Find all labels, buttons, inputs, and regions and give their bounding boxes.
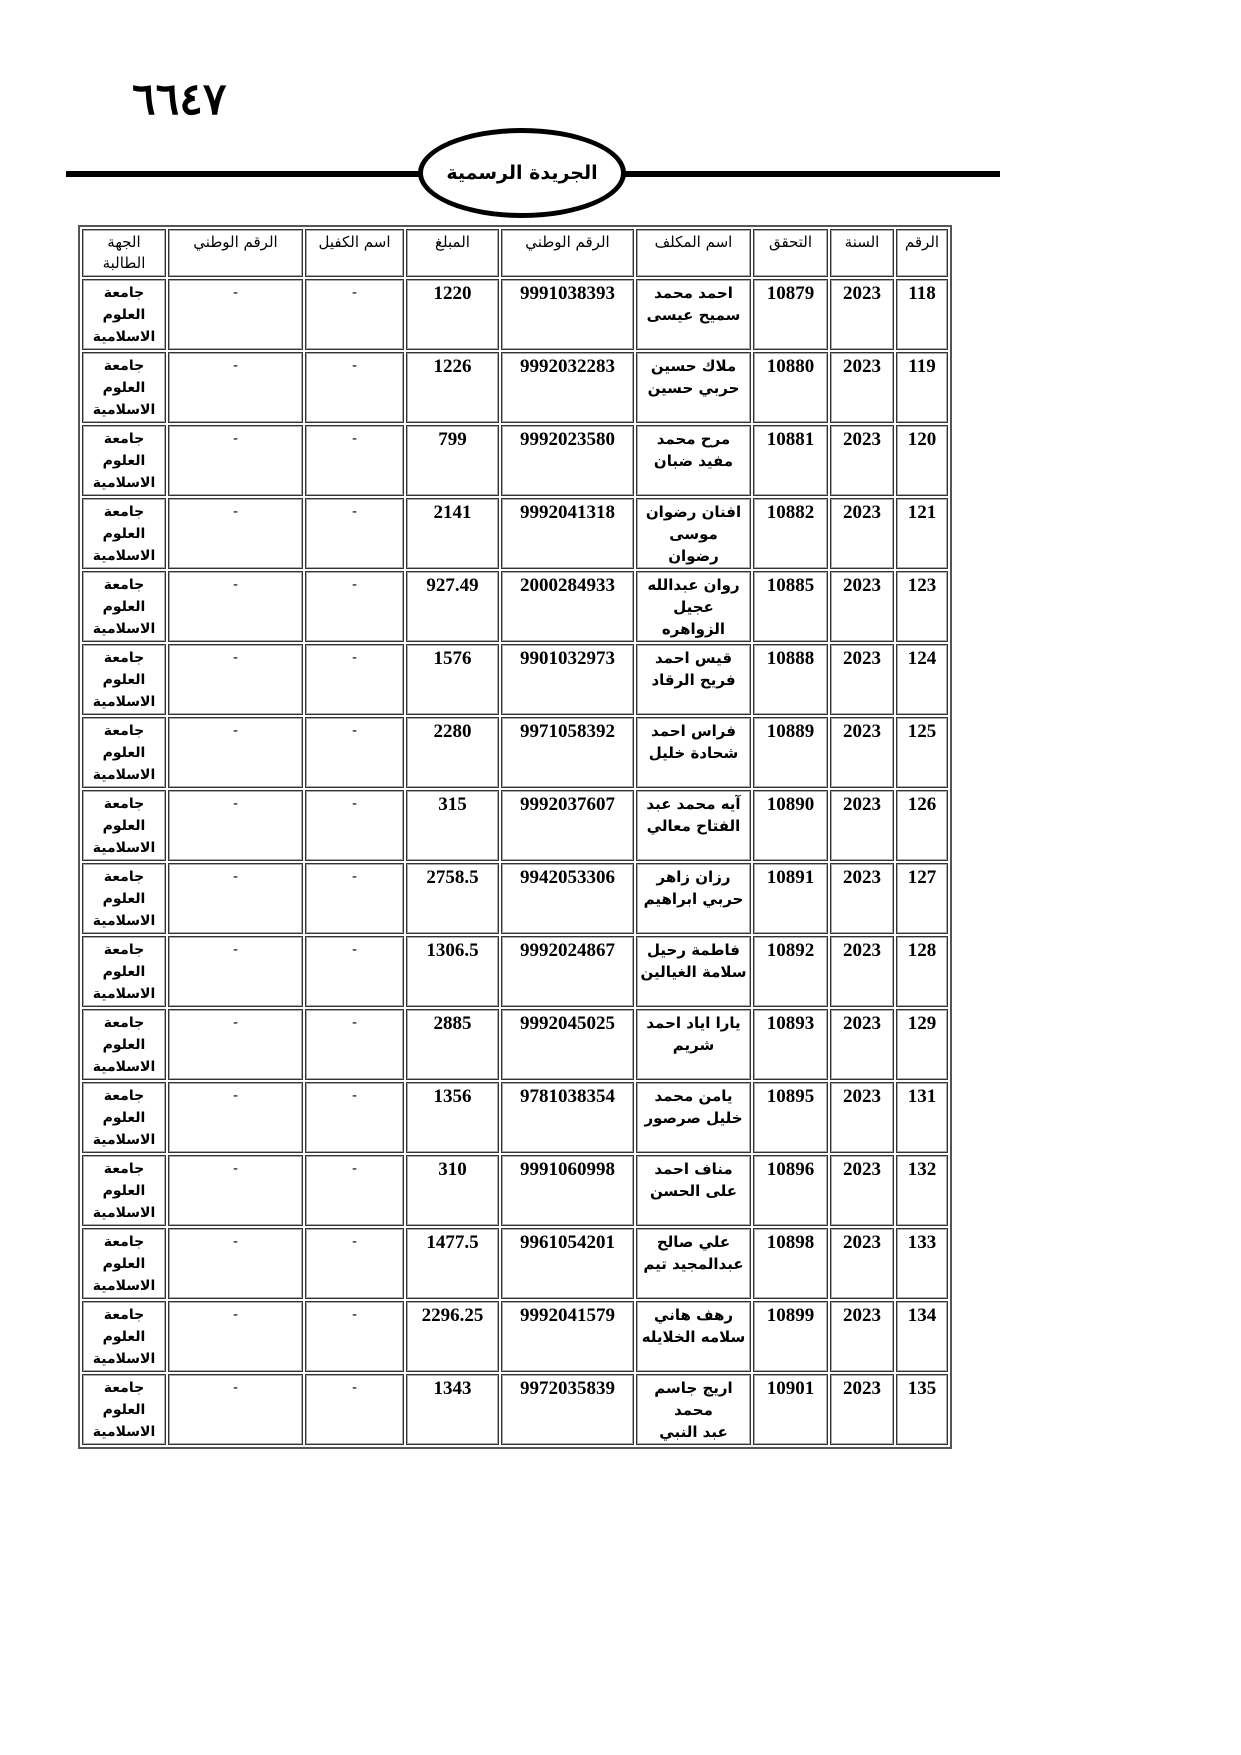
table-row: جامعة العلوم الاسلامية - - 2885 99920450… — [82, 1009, 948, 1080]
cell-guarantor-name: - — [305, 571, 404, 642]
cell-verification: 10892 — [753, 936, 828, 1007]
table-row: جامعة العلوم الاسلامية - - 2141 99920413… — [82, 498, 948, 569]
cell-verification: 10895 — [753, 1082, 828, 1153]
cell-amount: 1343 — [406, 1374, 499, 1445]
cell-obligor-name: مرح محمد مفيد ضبان — [636, 425, 751, 496]
cell-obligor-name: يامن محمد خليل صرصور — [636, 1082, 751, 1153]
cell-national-id: 9961054201 — [501, 1228, 634, 1299]
cell-national-id: 9942053306 — [501, 863, 634, 934]
cell-obligor-name: اريج جاسم محمد عبد النبي — [636, 1374, 751, 1445]
cell-requesting-party: جامعة العلوم الاسلامية — [82, 1009, 166, 1080]
table-row: جامعة العلوم الاسلامية - - 1356 97810383… — [82, 1082, 948, 1153]
table-row: جامعة العلوم الاسلامية - - 1226 99920322… — [82, 352, 948, 423]
cell-guarantor-name: - — [305, 1009, 404, 1080]
cell-national-id: 9991038393 — [501, 279, 634, 350]
table-row: جامعة العلوم الاسلامية - - 1477.5 996105… — [82, 1228, 948, 1299]
cell-guarantor-name: - — [305, 1155, 404, 1226]
table-row: جامعة العلوم الاسلامية - - 1220 99910383… — [82, 279, 948, 350]
header-number: الرقم — [896, 229, 948, 277]
cell-verification: 10901 — [753, 1374, 828, 1445]
table-row: جامعة العلوم الاسلامية - - 1343 99720358… — [82, 1374, 948, 1445]
cell-obligor-name: قيس احمد فريح الرقاد — [636, 644, 751, 715]
cell-guarantor-name: - — [305, 279, 404, 350]
table-row: جامعة العلوم الاسلامية - - 2758.5 994205… — [82, 863, 948, 934]
table-row: جامعة العلوم الاسلامية - - 1306.5 999202… — [82, 936, 948, 1007]
gazette-title-oval: الجريدة الرسمية — [418, 128, 626, 218]
gazette-title: الجريدة الرسمية — [446, 162, 597, 184]
cell-guarantor-name: - — [305, 498, 404, 569]
cell-amount: 2758.5 — [406, 863, 499, 934]
cell-amount: 2296.25 — [406, 1301, 499, 1372]
cell-requesting-party: جامعة العلوم الاسلامية — [82, 863, 166, 934]
cell-year: 2023 — [830, 1374, 894, 1445]
cell-guarantor-national-id: - — [168, 498, 303, 569]
cell-year: 2023 — [830, 863, 894, 934]
header-obligor-name: اسم المكلف — [636, 229, 751, 277]
header-rule-right — [624, 171, 1000, 177]
cell-national-id: 2000284933 — [501, 571, 634, 642]
cell-guarantor-national-id: - — [168, 279, 303, 350]
cell-guarantor-name: - — [305, 425, 404, 496]
cell-national-id: 9992037607 — [501, 790, 634, 861]
cell-amount: 927.49 — [406, 571, 499, 642]
header-verification: التحقق — [753, 229, 828, 277]
cell-guarantor-name: - — [305, 1082, 404, 1153]
cell-requesting-party: جامعة العلوم الاسلامية — [82, 644, 166, 715]
cell-guarantor-name: - — [305, 1374, 404, 1445]
cell-requesting-party: جامعة العلوم الاسلامية — [82, 936, 166, 1007]
cell-verification: 10890 — [753, 790, 828, 861]
cell-requesting-party: جامعة العلوم الاسلامية — [82, 1155, 166, 1226]
cell-obligor-name: افنان رضوان موسى رضوان — [636, 498, 751, 569]
header-rule-left — [66, 171, 426, 177]
cell-guarantor-national-id: - — [168, 1301, 303, 1372]
table-row: جامعة العلوم الاسلامية - - 1576 99010329… — [82, 644, 948, 715]
cell-requesting-party: جامعة العلوم الاسلامية — [82, 1374, 166, 1445]
cell-year: 2023 — [830, 717, 894, 788]
cell-number: 120 — [896, 425, 948, 496]
cell-guarantor-national-id: - — [168, 1374, 303, 1445]
cell-guarantor-national-id: - — [168, 717, 303, 788]
cell-guarantor-national-id: - — [168, 1228, 303, 1299]
cell-year: 2023 — [830, 352, 894, 423]
cell-verification: 10879 — [753, 279, 828, 350]
cell-national-id: 9781038354 — [501, 1082, 634, 1153]
cell-national-id: 9991060998 — [501, 1155, 634, 1226]
cell-amount: 2280 — [406, 717, 499, 788]
cell-national-id: 9992041318 — [501, 498, 634, 569]
table-row: جامعة العلوم الاسلامية - - 2296.25 99920… — [82, 1301, 948, 1372]
cell-verification: 10899 — [753, 1301, 828, 1372]
cell-verification: 10888 — [753, 644, 828, 715]
cell-guarantor-national-id: - — [168, 425, 303, 496]
cell-requesting-party: جامعة العلوم الاسلامية — [82, 1082, 166, 1153]
cell-amount: 1306.5 — [406, 936, 499, 1007]
cell-obligor-name: فراس احمد شحادة خليل — [636, 717, 751, 788]
cell-year: 2023 — [830, 1082, 894, 1153]
cell-amount: 2141 — [406, 498, 499, 569]
cell-year: 2023 — [830, 644, 894, 715]
table-header-row: الجهة الطالبة الرقم الوطني اسم الكفيل ال… — [82, 229, 948, 277]
cell-national-id: 9992032283 — [501, 352, 634, 423]
cell-number: 133 — [896, 1228, 948, 1299]
cell-year: 2023 — [830, 571, 894, 642]
cell-guarantor-national-id: - — [168, 1009, 303, 1080]
cell-number: 135 — [896, 1374, 948, 1445]
cell-year: 2023 — [830, 1155, 894, 1226]
cell-guarantor-national-id: - — [168, 863, 303, 934]
table-row: جامعة العلوم الاسلامية - - 799 999202358… — [82, 425, 948, 496]
cell-year: 2023 — [830, 279, 894, 350]
cell-guarantor-national-id: - — [168, 1082, 303, 1153]
header-national-id: الرقم الوطني — [501, 229, 634, 277]
page-number: ٦٦٤٧ — [132, 78, 227, 122]
cell-guarantor-name: - — [305, 790, 404, 861]
cell-guarantor-national-id: - — [168, 571, 303, 642]
cell-national-id: 9972035839 — [501, 1374, 634, 1445]
cell-number: 119 — [896, 352, 948, 423]
cell-obligor-name: آيه محمد عبد الفتاح معالي — [636, 790, 751, 861]
cell-verification: 10898 — [753, 1228, 828, 1299]
cell-obligor-name: علي صالح عبدالمجيد تيم — [636, 1228, 751, 1299]
cell-number: 128 — [896, 936, 948, 1007]
cell-number: 127 — [896, 863, 948, 934]
cell-guarantor-name: - — [305, 1228, 404, 1299]
table-row: جامعة العلوم الاسلامية - - 927.49 200028… — [82, 571, 948, 642]
cell-guarantor-name: - — [305, 936, 404, 1007]
cell-amount: 1576 — [406, 644, 499, 715]
cell-national-id: 9992023580 — [501, 425, 634, 496]
cell-number: 131 — [896, 1082, 948, 1153]
cell-national-id: 9992045025 — [501, 1009, 634, 1080]
table-row: جامعة العلوم الاسلامية - - 315 999203760… — [82, 790, 948, 861]
table-body: جامعة العلوم الاسلامية - - 1220 99910383… — [82, 279, 948, 1445]
cell-requesting-party: جامعة العلوم الاسلامية — [82, 1301, 166, 1372]
cell-verification: 10896 — [753, 1155, 828, 1226]
cell-verification: 10881 — [753, 425, 828, 496]
cell-obligor-name: ملاك حسين حربي حسين — [636, 352, 751, 423]
cell-requesting-party: جامعة العلوم الاسلامية — [82, 279, 166, 350]
table-row: جامعة العلوم الاسلامية - - 2280 99710583… — [82, 717, 948, 788]
cell-verification: 10882 — [753, 498, 828, 569]
header-amount: المبلغ — [406, 229, 499, 277]
cell-year: 2023 — [830, 498, 894, 569]
cell-guarantor-national-id: - — [168, 790, 303, 861]
cell-amount: 1226 — [406, 352, 499, 423]
cell-requesting-party: جامعة العلوم الاسلامية — [82, 571, 166, 642]
header-requesting-party: الجهة الطالبة — [82, 229, 166, 277]
cell-amount: 1220 — [406, 279, 499, 350]
cell-obligor-name: مناف احمد على الحسن — [636, 1155, 751, 1226]
cell-requesting-party: جامعة العلوم الاسلامية — [82, 498, 166, 569]
cell-year: 2023 — [830, 1228, 894, 1299]
cell-amount: 1356 — [406, 1082, 499, 1153]
cell-requesting-party: جامعة العلوم الاسلامية — [82, 717, 166, 788]
header-year: السنة — [830, 229, 894, 277]
cell-number: 129 — [896, 1009, 948, 1080]
cell-national-id: 9992024867 — [501, 936, 634, 1007]
cell-guarantor-name: - — [305, 352, 404, 423]
cell-number: 121 — [896, 498, 948, 569]
header-guarantor-name: اسم الكفيل — [305, 229, 404, 277]
cell-verification: 10885 — [753, 571, 828, 642]
cell-number: 134 — [896, 1301, 948, 1372]
cell-requesting-party: جامعة العلوم الاسلامية — [82, 790, 166, 861]
header-guarantor-national-id: الرقم الوطني — [168, 229, 303, 277]
cell-verification: 10893 — [753, 1009, 828, 1080]
cell-number: 132 — [896, 1155, 948, 1226]
cell-verification: 10880 — [753, 352, 828, 423]
cell-amount: 310 — [406, 1155, 499, 1226]
cell-obligor-name: يارا اياد احمد شريم — [636, 1009, 751, 1080]
cell-guarantor-name: - — [305, 863, 404, 934]
cell-year: 2023 — [830, 425, 894, 496]
cell-guarantor-name: - — [305, 644, 404, 715]
cell-obligor-name: روان عبدالله عجيل الزواهره — [636, 571, 751, 642]
cell-obligor-name: رزان زاهر حربي ابراهيم — [636, 863, 751, 934]
cell-national-id: 9971058392 — [501, 717, 634, 788]
cell-number: 123 — [896, 571, 948, 642]
cell-requesting-party: جامعة العلوم الاسلامية — [82, 352, 166, 423]
table-row: جامعة العلوم الاسلامية - - 310 999106099… — [82, 1155, 948, 1226]
cell-amount: 315 — [406, 790, 499, 861]
cell-obligor-name: احمد محمد سميح عيسى — [636, 279, 751, 350]
cell-amount: 2885 — [406, 1009, 499, 1080]
cell-obligor-name: فاطمة رحيل سلامة الغيالين — [636, 936, 751, 1007]
cell-obligor-name: رهف هاني سلامه الخلايله — [636, 1301, 751, 1372]
cell-guarantor-name: - — [305, 717, 404, 788]
cell-year: 2023 — [830, 936, 894, 1007]
cell-guarantor-national-id: - — [168, 352, 303, 423]
cell-amount: 1477.5 — [406, 1228, 499, 1299]
cell-national-id: 9992041579 — [501, 1301, 634, 1372]
cell-guarantor-national-id: - — [168, 936, 303, 1007]
cell-guarantor-name: - — [305, 1301, 404, 1372]
cell-year: 2023 — [830, 790, 894, 861]
cell-verification: 10889 — [753, 717, 828, 788]
cell-number: 125 — [896, 717, 948, 788]
debtors-table: الجهة الطالبة الرقم الوطني اسم الكفيل ال… — [78, 225, 952, 1449]
cell-number: 126 — [896, 790, 948, 861]
cell-year: 2023 — [830, 1009, 894, 1080]
cell-requesting-party: جامعة العلوم الاسلامية — [82, 425, 166, 496]
cell-requesting-party: جامعة العلوم الاسلامية — [82, 1228, 166, 1299]
cell-amount: 799 — [406, 425, 499, 496]
cell-year: 2023 — [830, 1301, 894, 1372]
cell-guarantor-national-id: - — [168, 1155, 303, 1226]
cell-number: 124 — [896, 644, 948, 715]
cell-verification: 10891 — [753, 863, 828, 934]
cell-guarantor-national-id: - — [168, 644, 303, 715]
cell-number: 118 — [896, 279, 948, 350]
cell-national-id: 9901032973 — [501, 644, 634, 715]
